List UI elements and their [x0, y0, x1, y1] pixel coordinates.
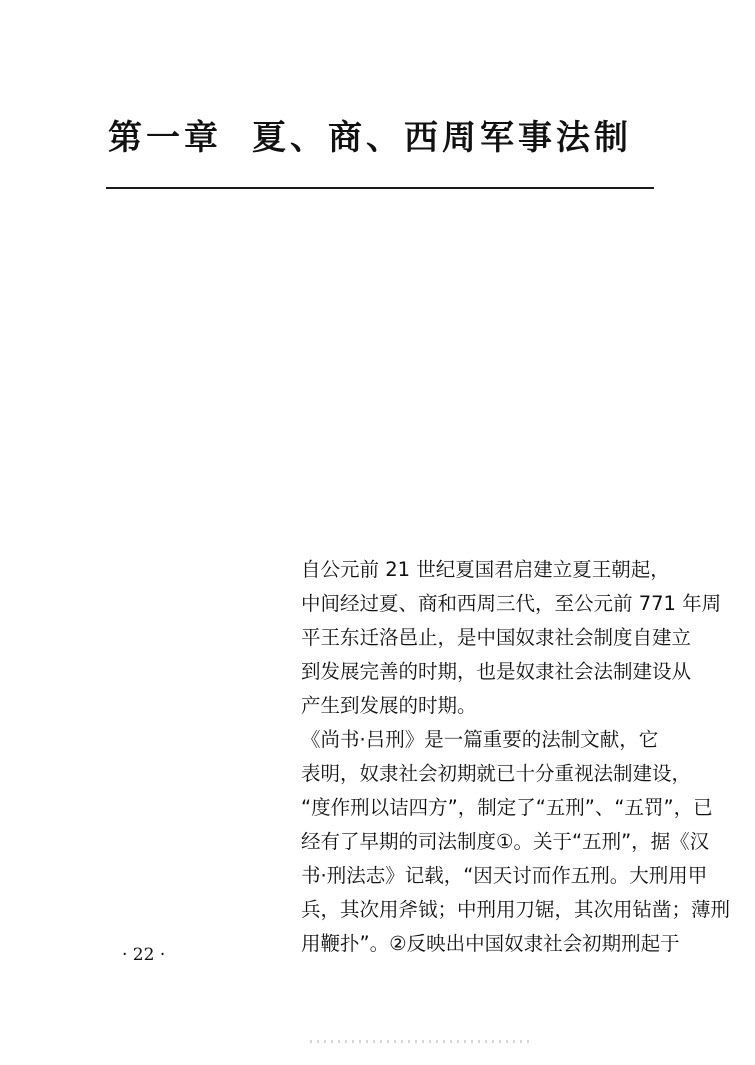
text-line: 兵，其次用斧钺；中刑用刀锯，其次用钻凿；薄刑: [262, 893, 656, 927]
title-divider: [106, 187, 654, 189]
chapter-name: 夏、商、西周军事法制: [252, 118, 632, 158]
chapter-title: 第一章夏、商、西周军事法制: [108, 110, 632, 159]
text-line: “度作刑以诘四方”，制定了“五刑”、“五罚”，已: [262, 791, 656, 825]
text-line: 自公元前 21 世纪夏国君启建立夏王朝起，: [262, 553, 656, 587]
chapter-number: 第一章: [108, 118, 222, 158]
text-line: 平王东迁洛邑止，是中国奴隶社会制度自建立: [262, 621, 656, 655]
text-line: 产生到发展的时期。: [262, 689, 656, 723]
text-line: 表明，奴隶社会初期就已十分重视法制建设，: [262, 757, 656, 791]
scan-artifact: [310, 1040, 530, 1043]
text-line: 书·刑法志》记载，“因天讨而作五刑。大刑用甲: [262, 859, 656, 893]
paragraph-1: 自公元前 21 世纪夏国君启建立夏王朝起， 中间经过夏、商和西周三代，至公元前 …: [262, 553, 656, 723]
body-text: 自公元前 21 世纪夏国君启建立夏王朝起， 中间经过夏、商和西周三代，至公元前 …: [262, 553, 656, 961]
text-line: 《尚书·吕刑》是一篇重要的法制文献，它: [262, 723, 656, 757]
page-number: · 22 ·: [122, 945, 165, 965]
text-line: 到发展完善的时期，也是奴隶社会法制建设从: [262, 655, 656, 689]
paragraph-2: 《尚书·吕刑》是一篇重要的法制文献，它 表明，奴隶社会初期就已十分重视法制建设，…: [262, 723, 656, 961]
text-line: 用鞭扑”。②反映出中国奴隶社会初期刑起于: [262, 927, 656, 961]
text-line: 中间经过夏、商和西周三代，至公元前 771 年周: [262, 587, 656, 621]
text-line: 经有了早期的司法制度①。关于“五刑”，据《汉: [262, 825, 656, 859]
